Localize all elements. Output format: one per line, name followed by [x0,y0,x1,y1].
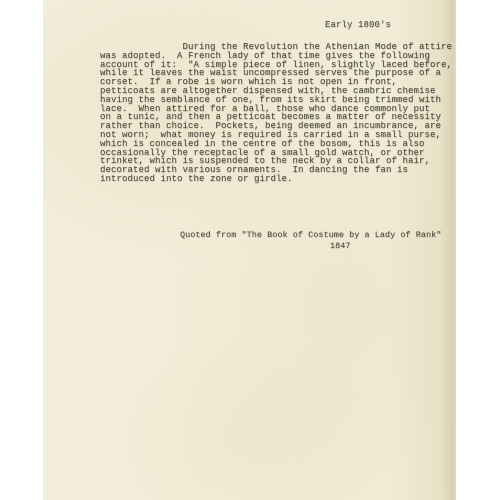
attribution-year: 1847 [330,242,351,251]
document-page: Early 1800's During the Revolution the A… [43,0,456,500]
body-paragraph: During the Revolution the Athenian Mode … [100,43,450,184]
heading-date: Early 1800's [325,21,391,30]
attribution-line: Quoted from "The Book of Costume by a La… [180,231,441,240]
scan-background: Early 1800's During the Revolution the A… [0,0,500,500]
